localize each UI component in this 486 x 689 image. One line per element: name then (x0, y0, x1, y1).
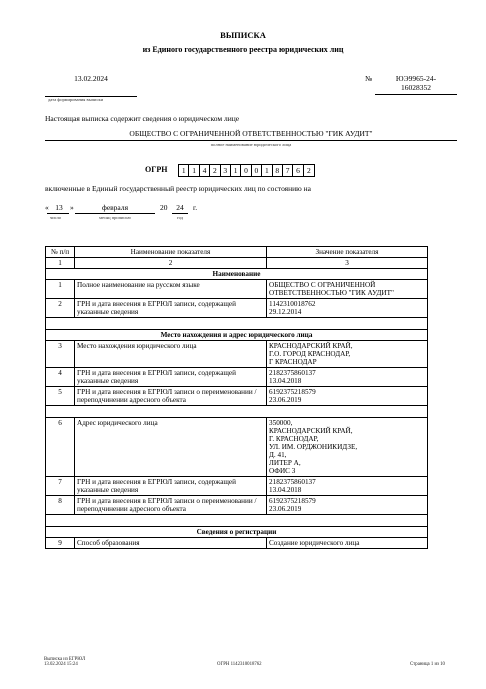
row-name: Способ образования (75, 538, 267, 549)
value-line: ОТВЕТСТВЕННОСТЬЮ "ГИК АУДИТ" (269, 289, 425, 297)
extract-number-line2: 16028352 (375, 83, 457, 92)
row-name: ГРН и дата внесения в ЕГРЮЛ записи о пер… (75, 387, 267, 406)
row-value: 218237586013713.04.2018 (267, 368, 428, 387)
row-value: 619237521857923.06.2019 (267, 496, 428, 515)
table-row: 6 Адрес юридического лица 350000, КРАСНО… (46, 418, 428, 477)
blank-row (46, 515, 428, 527)
day-open: « (45, 203, 49, 212)
value-line: ОБЩЕСТВО С ОГРАНИЧЕННОЙ (269, 281, 425, 289)
table-row: 9 Способ образования Создание юридическо… (46, 538, 428, 549)
extract-number: ЮЭ9965-24- 16028352 (375, 74, 457, 92)
ogrn-digit: 2 (210, 165, 220, 176)
day-caption: число (50, 215, 61, 220)
company-name: ОБЩЕСТВО С ОГРАНИЧЕННОЙ ОТВЕТСТВЕННОСТЬЮ… (45, 129, 457, 138)
row-name: ГРН и дата внесения в ЕГРЮЛ записи о пер… (75, 496, 267, 515)
row-number: 2 (46, 299, 75, 318)
value-line: ОФИС 3 (269, 467, 425, 475)
ogrn-digit: 0 (241, 165, 251, 176)
row-value: 619237521857923.06.2019 (267, 387, 428, 406)
ogrn-digit: 7 (283, 165, 293, 176)
company-caption: полное наименование юридического лица (45, 142, 457, 147)
ogrn-boxes: 1 1 4 2 3 1 0 0 1 8 7 6 2 (178, 164, 315, 177)
month-underline (75, 213, 155, 214)
value-line: ЛИТЕР А, (269, 459, 425, 467)
section-title: Сведения о регистрации (46, 527, 428, 538)
value-line: 23.06.2019 (269, 505, 425, 513)
footer-page: Страница 1 из 10 (410, 662, 445, 667)
ogrn-digit: 1 (262, 165, 272, 176)
row-number: 4 (46, 368, 75, 387)
header-value: Значение показателя (267, 247, 428, 258)
table-row: 5 ГРН и дата внесения в ЕГРЮЛ записи о п… (46, 387, 428, 406)
table-row: 4 ГРН и дата внесения в ЕГРЮЛ записи, со… (46, 368, 428, 387)
header-number: № п/п (46, 247, 75, 258)
table-row: 8 ГРН и дата внесения в ЕГРЮЛ записи о п… (46, 496, 428, 515)
value-line: 2182375860137 (269, 478, 425, 486)
number-label: № (365, 74, 372, 83)
header-indicator: Наименование показателя (75, 247, 267, 258)
register-table: № п/п Наименование показателя Значение п… (45, 246, 428, 549)
ogrn-digit: 3 (221, 165, 231, 176)
row-value: ОБЩЕСТВО С ОГРАНИЧЕННОЙОТВЕТСТВЕННОСТЬЮ … (267, 280, 428, 299)
colnum: 3 (267, 258, 428, 269)
row-number: 5 (46, 387, 75, 406)
value-line: УЛ. ИМ. ОРДЖОНИКИДЗЕ, (269, 443, 425, 451)
value-line: КРАСНОДАРСКИЙ КРАЙ, (269, 342, 425, 350)
blank-row (46, 318, 428, 330)
table-row: 1 Полное наименование на русском языке О… (46, 280, 428, 299)
ogrn-digit: 8 (273, 165, 283, 176)
row-value: КРАСНОДАРСКИЙ КРАЙ,Г.О. ГОРОД КРАСНОДАР,… (267, 341, 428, 368)
table-colnum-row: 1 2 3 (46, 258, 428, 269)
section-title: Наименование (46, 269, 428, 280)
value-line: 6192375218579 (269, 388, 425, 396)
row-number: 9 (46, 538, 75, 549)
row-value: 350000, КРАСНОДАРСКИЙ КРАЙ, Г. КРАСНОДАР… (267, 418, 428, 477)
row-name: Полное наименование на русском языке (75, 280, 267, 299)
table-row: 2 ГРН и дата внесения в ЕГРЮЛ записи, со… (46, 299, 428, 318)
ogrn-digit: 1 (231, 165, 241, 176)
ogrn-digit: 1 (189, 165, 199, 176)
day-value: 13 (52, 203, 66, 212)
value-line: Г.О. ГОРОД КРАСНОДАР, (269, 350, 425, 358)
value-line: Г. КРАСНОДАР, (269, 435, 425, 443)
table-row: 7 ГРН и дата внесения в ЕГРЮЛ записи, со… (46, 477, 428, 496)
value-line: 13.04.2018 (269, 377, 425, 385)
value-line: 1142310018762 (269, 300, 425, 308)
value-line: Создание юридического лица (269, 539, 425, 547)
footer-ogrn: ОГРН 1142310018762 (217, 662, 262, 667)
colnum: 1 (46, 258, 75, 269)
date-caption: дата формирования выписки (48, 97, 103, 102)
row-name: Место нахождения юридического лица (75, 341, 267, 368)
row-name: ГРН и дата внесения в ЕГРЮЛ записи, соде… (75, 477, 267, 496)
month-value: февраля (75, 203, 155, 212)
row-value: 114231001876229.12.2014 (267, 299, 428, 318)
section-title: Место нахождения и адрес юридического ли… (46, 330, 428, 341)
value-line: 350000, (269, 419, 425, 427)
day-close: » (70, 203, 74, 212)
table-row: 3 Место нахождения юридического лица КРА… (46, 341, 428, 368)
row-number: 3 (46, 341, 75, 368)
doc-title: ВЫПИСКА (0, 30, 486, 40)
ogrn-digit: 1 (179, 165, 189, 176)
ogrn-digit: 6 (293, 165, 303, 176)
colnum: 2 (75, 258, 267, 269)
value-line: 23.06.2019 (269, 396, 425, 404)
month-caption: месяц прописью (75, 215, 155, 220)
formation-date: 13.02.2024 (45, 74, 137, 83)
ogrn-digit: 2 (304, 165, 314, 176)
footer-left: Выписка из ЕГРЮЛ 13.02.2024 15:24 (44, 657, 85, 667)
ogrn-digit: 4 (200, 165, 210, 176)
value-line: 13.04.2018 (269, 486, 425, 494)
included-text: включенные в Единый государственный реес… (45, 184, 311, 193)
footer-timestamp: 13.02.2024 15:24 (44, 662, 85, 667)
value-line: КРАСНОДАРСКИЙ КРАЙ, (269, 427, 425, 435)
year-prefix: 20 (160, 203, 168, 212)
number-underline (375, 94, 457, 95)
extract-number-line1: ЮЭ9965-24- (375, 74, 457, 83)
row-number: 6 (46, 418, 75, 477)
value-line: Г КРАСНОДАР (269, 358, 425, 366)
value-line: 29.12.2014 (269, 308, 425, 316)
value-line: 2182375860137 (269, 369, 425, 377)
row-name: Адрес юридического лица (75, 418, 267, 477)
row-name: ГРН и дата внесения в ЕГРЮЛ записи, соде… (75, 299, 267, 318)
table-header-row: № п/п Наименование показателя Значение п… (46, 247, 428, 258)
value-line: Д. 41, (269, 451, 425, 459)
company-underline (45, 140, 457, 141)
value-line: 6192375218579 (269, 497, 425, 505)
row-number: 8 (46, 496, 75, 515)
ogrn-digit: 0 (252, 165, 262, 176)
intro-text: Настоящая выписка содержит сведения о юр… (45, 114, 239, 123)
row-number: 7 (46, 477, 75, 496)
blank-row (46, 406, 428, 418)
day-underline (47, 213, 69, 214)
doc-subtitle: из Единого государственного реестра юрид… (0, 45, 486, 54)
year-caption: год (172, 215, 188, 220)
row-value: Создание юридического лица (267, 538, 428, 549)
year-g: г. (193, 203, 197, 212)
ogrn-label: ОГРН (145, 165, 167, 174)
row-number: 1 (46, 280, 75, 299)
row-value: 218237586013713.04.2018 (267, 477, 428, 496)
row-name: ГРН и дата внесения в ЕГРЮЛ записи, соде… (75, 368, 267, 387)
year-suffix: 24 (172, 203, 188, 212)
year-underline (172, 213, 188, 214)
